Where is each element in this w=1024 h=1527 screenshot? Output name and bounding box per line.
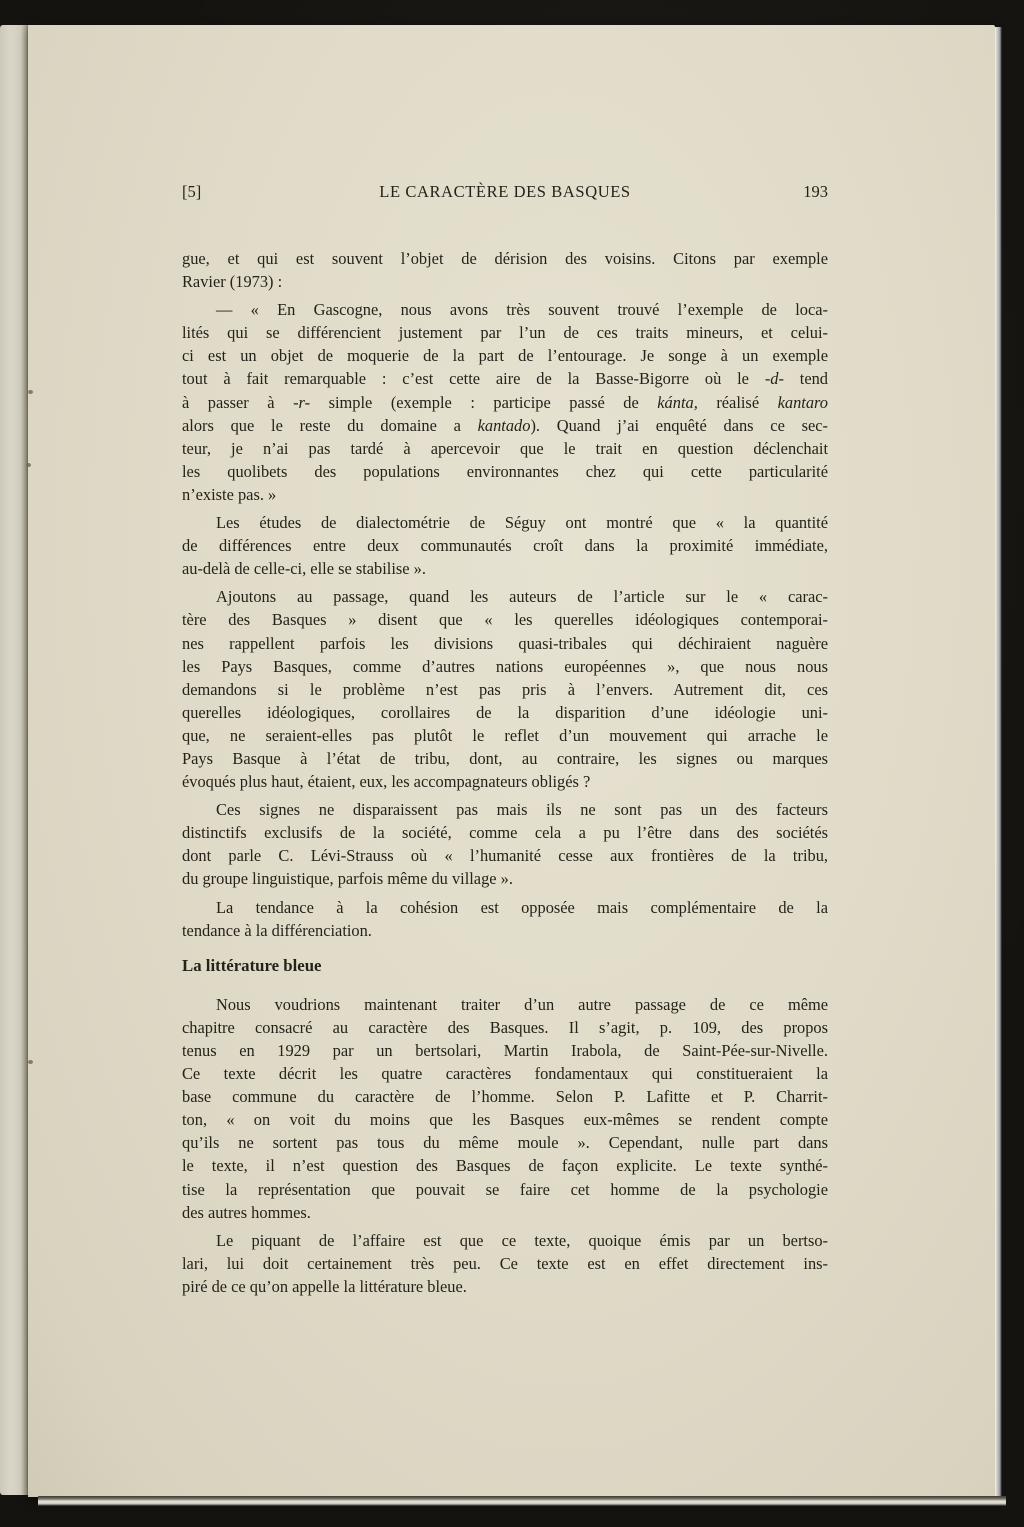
paragraph-line: Ces signes ne disparaissent pas mais ils…: [182, 798, 828, 821]
paragraph-line: tise la représentation que pouvait se fa…: [182, 1178, 828, 1201]
paragraph-line: tenus en 1929 par un bertsolari, Martin …: [182, 1039, 828, 1062]
paragraph: Ajoutons au passage, quand les auteurs d…: [182, 585, 828, 793]
header-title: LE CARACTÈRE DES BASQUES: [252, 182, 758, 202]
binding-mark: [26, 463, 31, 467]
paragraph-line: ci est un objet de moquerie de la part d…: [182, 344, 828, 367]
book-page: [5] LE CARACTÈRE DES BASQUES 193 gue, et…: [28, 25, 995, 1497]
paragraph-line: — « En Gascogne, nous avons très souvent…: [182, 298, 828, 321]
paragraph-line: dont parle C. Lévi-Strauss où « l’humani…: [182, 844, 828, 867]
paragraph-line: de différences entre deux communautés cr…: [182, 534, 828, 557]
paragraph-line: alors que le reste du domaine a kantado)…: [182, 414, 828, 437]
paragraph-line: lités qui se différencient justement par…: [182, 321, 828, 344]
paragraph-line: qu’ils ne sortent pas tous du même moule…: [182, 1131, 828, 1154]
header-page-number: 193: [758, 182, 828, 202]
header-section-number: [5]: [182, 182, 252, 202]
page-edge-right: [995, 27, 1002, 1497]
paragraph: Le piquant de l’affaire est que ce texte…: [182, 1229, 828, 1298]
paragraph-line: du groupe linguistique, parfois même du …: [182, 867, 828, 890]
binding-mark: [28, 1060, 33, 1064]
paragraph-line: tère des Basques » disent que « les quer…: [182, 608, 828, 631]
paragraph-line: tout à fait remarquable : c’est cette ai…: [182, 367, 828, 390]
binding-mark: [28, 390, 33, 394]
paragraph-line: demandons si le problème n’est pas pris …: [182, 678, 828, 701]
paragraph-line: teur, je n’ai pas tardé à apercevoir que…: [182, 437, 828, 460]
paragraph-line: à passer à -r- simple (exemple : partici…: [182, 391, 828, 414]
paragraph: Les études de dialectométrie de Séguy on…: [182, 511, 828, 580]
paragraph-line: Le piquant de l’affaire est que ce texte…: [182, 1229, 828, 1252]
paragraph-line: Ce texte décrit les quatre caractères fo…: [182, 1062, 828, 1085]
paragraph-line: querelles idéologiques, corollaires de l…: [182, 701, 828, 724]
scanned-book-photo: [5] LE CARACTÈRE DES BASQUES 193 gue, et…: [0, 0, 1024, 1527]
paragraph-line: nes rappellent parfois les divisions qua…: [182, 632, 828, 655]
paragraph-line: piré de ce qu’on appelle la littérature …: [182, 1275, 828, 1298]
paragraph-line: chapitre consacré au caractère des Basqu…: [182, 1016, 828, 1039]
paragraph-line: tendance à la différenciation.: [182, 919, 828, 942]
paragraph: gue, et qui est souvent l’objet de déris…: [182, 247, 828, 293]
paragraph-line: Les études de dialectométrie de Séguy on…: [182, 511, 828, 534]
paragraph-line: n’existe pas. »: [182, 483, 828, 506]
page-gutter-strip: [0, 25, 28, 1495]
paragraph: La tendance à la cohésion est opposée ma…: [182, 896, 828, 942]
paragraph-line: lari, lui doit certainement très peu. Ce…: [182, 1252, 828, 1275]
paragraph-line: distinctifs exclusifs de la société, com…: [182, 821, 828, 844]
paragraph-line: le texte, il n’est question des Basques …: [182, 1154, 828, 1177]
page-edge-bottom: [38, 1496, 1006, 1506]
paragraph-line: que, ne seraient-elles pas plutôt le ref…: [182, 724, 828, 747]
page-body: gue, et qui est souvent l’objet de déris…: [182, 247, 828, 1303]
paragraph-line: au-delà de celle-ci, elle se stabilise »…: [182, 557, 828, 580]
paragraph-line: les Pays Basques, comme d’autres nations…: [182, 655, 828, 678]
page-header: [5] LE CARACTÈRE DES BASQUES 193: [182, 182, 828, 202]
paragraph-line: Pays Basque à l’état de tribu, dont, au …: [182, 747, 828, 770]
paragraph-line: La tendance à la cohésion est opposée ma…: [182, 896, 828, 919]
paragraph-line: évoqués plus haut, étaient, eux, les acc…: [182, 770, 828, 793]
section-heading: La littérature bleue: [182, 954, 828, 977]
paragraph-line: des autres hommes.: [182, 1201, 828, 1224]
paragraph: — « En Gascogne, nous avons très souvent…: [182, 298, 828, 506]
paragraph-line: Ravier (1973) :: [182, 270, 828, 293]
paragraph-line: Nous voudrions maintenant traiter d’un a…: [182, 993, 828, 1016]
paragraph: Ces signes ne disparaissent pas mais ils…: [182, 798, 828, 890]
paragraph-line: gue, et qui est souvent l’objet de déris…: [182, 247, 828, 270]
paragraph-line: base commune du caractère de l’homme. Se…: [182, 1085, 828, 1108]
paragraph: Nous voudrions maintenant traiter d’un a…: [182, 993, 828, 1224]
paragraph-line: Ajoutons au passage, quand les auteurs d…: [182, 585, 828, 608]
paragraph-line: ton, « on voit du moins que les Basques …: [182, 1108, 828, 1131]
paragraph-line: les quolibets des populations environnan…: [182, 460, 828, 483]
